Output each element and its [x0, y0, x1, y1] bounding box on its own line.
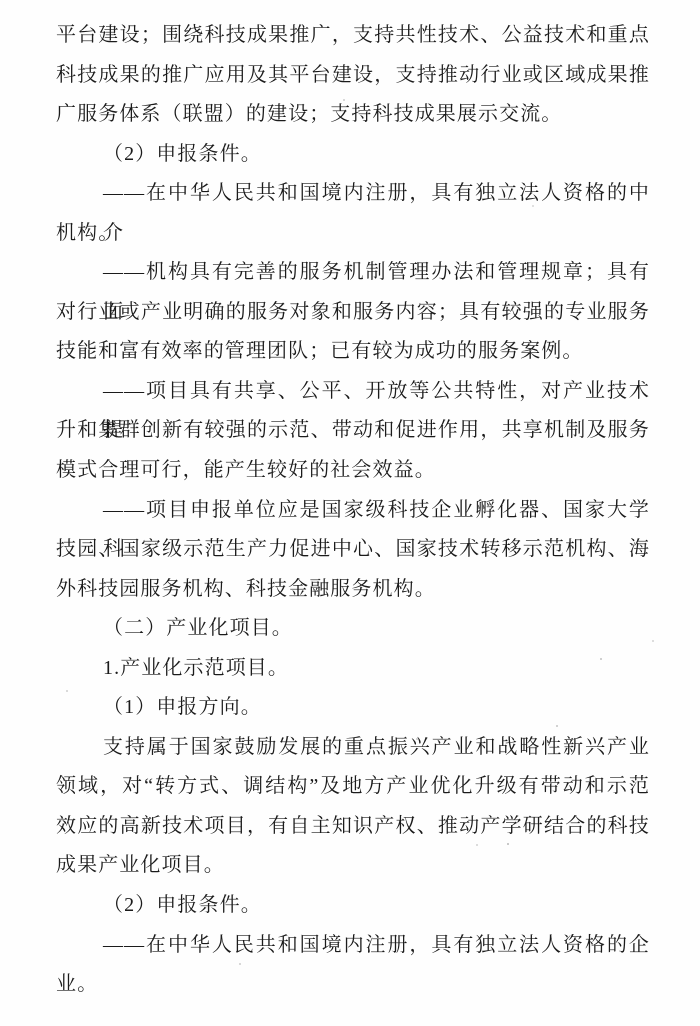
- text-line: 模式合理可行，能产生较好的社会效益。: [56, 451, 650, 491]
- text-line: 机构。: [56, 214, 650, 254]
- text-line: 升和集群创新有较强的示范、带动和促进作用，共享机制及服务: [56, 411, 650, 451]
- text-line: 领域，对“转方式、调结构”及地方产业优化升级有带动和示范: [56, 767, 650, 807]
- text-line: 技园、国家级示范生产力促进中心、国家技术转移示范机构、海: [56, 530, 650, 570]
- text-line: 1.产业化示范项目。: [56, 649, 650, 689]
- text-lines: 平台建设；围绕科技成果推广，支持共性技术、公益技术和重点科技成果的推广应用及其平…: [56, 16, 650, 1005]
- text-line: （二）产业化项目。: [56, 609, 650, 649]
- document-page: 平台建设；围绕科技成果推广，支持共性技术、公益技术和重点科技成果的推广应用及其平…: [0, 0, 700, 1026]
- text-line: （1）申报方向。: [56, 688, 650, 728]
- text-line: ——项目具有共享、公平、开放等公共特性，对产业技术提: [56, 372, 650, 412]
- text-line: 支持属于国家鼓励发展的重点振兴产业和战略性新兴产业: [56, 728, 650, 768]
- text-line: 广服务体系（联盟）的建设；支持科技成果展示交流。: [56, 95, 650, 135]
- text-line: 技能和富有效率的管理团队；已有较为成功的服务案例。: [56, 332, 650, 372]
- text-line: （2）申报条件。: [56, 135, 650, 175]
- text-line: 成果产业化项目。: [56, 846, 650, 886]
- text-line: ——在中华人民共和国境内注册，具有独立法人资格的企: [56, 926, 650, 966]
- text-line: 对行业或产业明确的服务对象和服务内容；具有较强的专业服务: [56, 293, 650, 333]
- text-line: ——在中华人民共和国境内注册，具有独立法人资格的中介: [56, 174, 650, 214]
- text-line: 业。: [56, 965, 650, 1005]
- text-line: 效应的高新技术项目，有自主知识产权、推动产学研结合的科技: [56, 807, 650, 847]
- text-line: 平台建设；围绕科技成果推广，支持共性技术、公益技术和重点: [56, 16, 650, 56]
- scan-noise: [0, 0, 2, 2]
- text-line: ——机构具有完善的服务机制管理办法和管理规章；具有面: [56, 253, 650, 293]
- text-line: （2）申报条件。: [56, 886, 650, 926]
- text-line: 科技成果的推广应用及其平台建设，支持推动行业或区域成果推: [56, 56, 650, 96]
- text-line: ——项目申报单位应是国家级科技企业孵化器、国家大学科: [56, 491, 650, 531]
- text-line: 外科技园服务机构、科技金融服务机构。: [56, 570, 650, 610]
